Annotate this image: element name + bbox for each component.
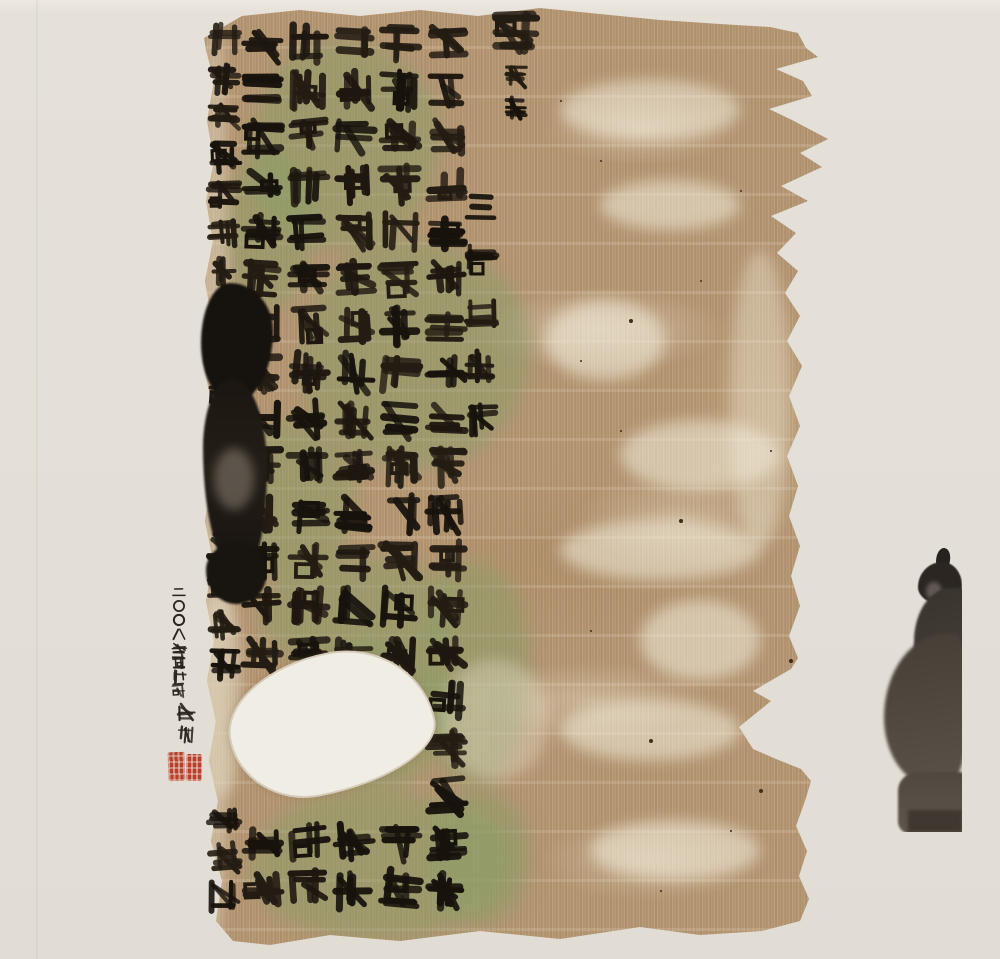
main-text: 夫君子之行靜以修身儉以養德非澹泊無以明志非寧靜無以致遠夫學須靜也才須學也非學無以… <box>0 0 1 1</box>
paper-scuff <box>620 420 780 490</box>
figure-hem <box>908 810 962 832</box>
figure-robe <box>884 634 962 786</box>
title-text: 誡子書 <box>0 0 1 1</box>
green-wash <box>430 790 530 925</box>
signature-text: 性谷 <box>0 0 1 1</box>
paper-scuff <box>560 700 740 760</box>
artwork-photo: 誡子書 三國諸葛亮 夫君子之行靜以修身儉以養德非澹泊無以明志非寧靜無以致遠夫學須… <box>0 0 1000 959</box>
green-wash <box>235 420 355 580</box>
attribution-text: 三國諸葛亮 <box>0 0 1 1</box>
green-wash <box>250 790 510 940</box>
paper-scuff <box>600 180 740 230</box>
green-wash <box>225 150 315 310</box>
paper-sheet <box>0 0 1000 959</box>
paper-scuff <box>590 820 760 880</box>
paper-specks <box>560 100 562 102</box>
paper-scuff <box>545 300 665 380</box>
artist-seal <box>167 752 185 782</box>
green-wash <box>420 560 530 785</box>
worn-edge <box>200 30 230 935</box>
paper-scuff <box>440 660 550 780</box>
paper-scuff <box>640 600 760 680</box>
ink-scholar-figure <box>878 544 962 832</box>
worn-patch <box>198 595 242 795</box>
inscription-date-text: 二〇〇八戊子長夏 <box>0 0 1 1</box>
artist-seal <box>186 754 202 781</box>
paper-scuff <box>730 250 790 550</box>
paper-scuff <box>560 80 740 140</box>
green-wash <box>300 240 530 470</box>
paper-scuff <box>560 520 760 580</box>
backdrop-crease <box>36 0 38 959</box>
green-wash <box>250 40 440 250</box>
